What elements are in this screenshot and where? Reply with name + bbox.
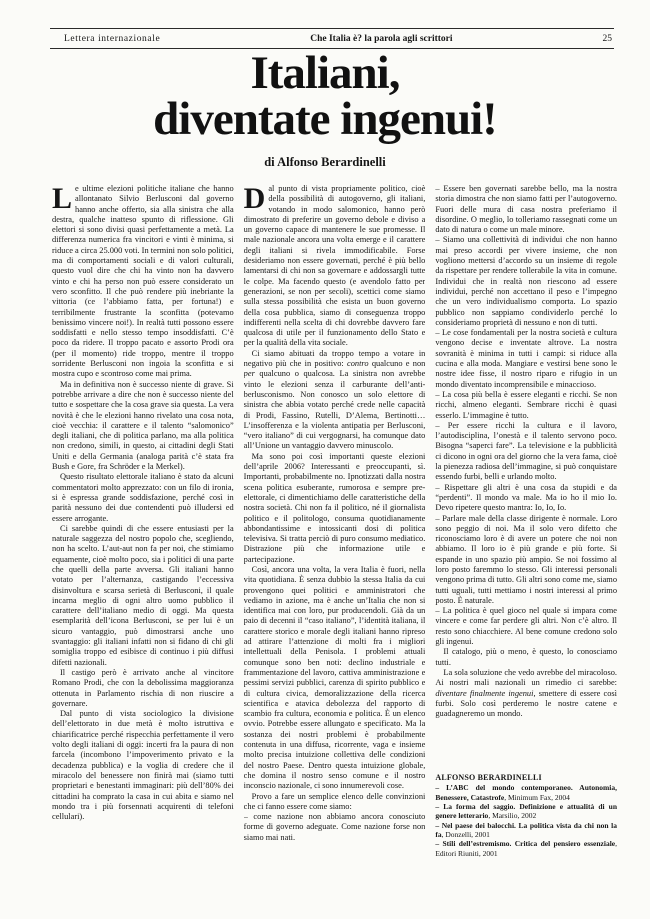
journal-name: Lettera internazionale [64, 34, 160, 44]
list-item: – come nazione non abbiamo ancora conosc… [244, 812, 426, 843]
emphasized-text: diventare finalmente ingenui [435, 689, 533, 698]
text-segment: Ci sarebbe quindi di che essere entusias… [52, 524, 234, 667]
text-segment: Questo risultato elettorale italiano è s… [52, 472, 234, 522]
drop-cap: L [52, 184, 75, 212]
page-frame: Lettera internazionale Che Italia è? la … [0, 0, 650, 919]
bibliography-entry: – Nel paese dei balocchi. La politica vi… [435, 821, 617, 840]
body-paragraph: La sola soluzione che vedo avrebbe del m… [435, 668, 617, 719]
article-body: Le ultime elezioni politiche italiane ch… [52, 184, 617, 911]
text-segment: Così, ancora una volta, la vera Italia è… [244, 565, 426, 790]
article-byline: di Alfonso Berardinelli [0, 155, 650, 170]
work-publisher: , Minimum Fax, 2004 [504, 793, 570, 802]
author-name: ALFONSO BERARDINELLI [435, 773, 617, 783]
text-segment: – Essere ben governati sarebbe bello, ma… [435, 184, 617, 234]
author-bio: ALFONSO BERARDINELLI– L’ABC del mondo co… [435, 773, 617, 857]
bibliography-entry: – La forma del saggio. Definizione e att… [435, 802, 617, 821]
bibliography-entry: – Stili dell’estremismo. Critica del pen… [435, 839, 617, 858]
body-paragraph: Il catalogo, più o meno, è questo, lo co… [435, 647, 617, 668]
article-column: – Essere ben governati sarebbe bello, ma… [435, 184, 617, 911]
text-segment: La sola soluzione che vedo avrebbe del m… [435, 668, 617, 687]
body-paragraph: Dal punto di vista sociologico la divisi… [52, 709, 234, 822]
page-number: 25 [603, 34, 613, 44]
text-segment: – Le cose fondamentali per la nostra soc… [435, 328, 617, 388]
drop-cap: D [244, 184, 269, 212]
list-item: – La cosa più bella è essere eleganti e … [435, 390, 617, 421]
article-column: Dal punto di vista propriamente politico… [244, 184, 426, 911]
emphasized-text: contro [347, 359, 369, 368]
body-paragraph: Così, ancora una volta, la vera Italia è… [244, 565, 426, 792]
text-segment: – Siamo una collettività di individui ch… [435, 235, 617, 326]
body-paragraph: Questo risultato elettorale italiano è s… [52, 472, 234, 523]
text-segment: Il castigo però è arrivato anche al vinc… [52, 668, 234, 708]
text-segment: – Per essere ricchi la cultura e il lavo… [435, 421, 617, 481]
body-paragraph: Ma in definitiva non è successo niente d… [52, 380, 234, 473]
magazine-page: { "header": { "journal": "Lettera intern… [0, 0, 650, 919]
text-segment: Dal punto di vista sociologico la divisi… [52, 709, 234, 821]
text-segment: qualcuno o qualcosa. La sinistra non avr… [244, 369, 426, 450]
body-paragraph: Ci sarebbe quindi di che essere entusias… [52, 524, 234, 668]
text-segment: qualcuno e non [369, 359, 426, 368]
body-paragraph: Le ultime elezioni politiche italiane ch… [52, 184, 234, 380]
body-paragraph: Dal punto di vista propriamente politico… [244, 184, 426, 349]
article-masthead: Italiani, diventate ingenui! di Alfonso … [0, 50, 650, 170]
text-segment: Ma sono poi così importanti queste elezi… [244, 452, 426, 564]
article-title-line1: Italiani, [0, 50, 650, 96]
list-item: – La politica è quel gioco nel quale si … [435, 606, 617, 647]
work-title: – Stili dell’estremismo. Critica del pen… [435, 839, 615, 848]
list-item: – Parlare male della classe dirigente è … [435, 514, 617, 607]
text-segment: – Rispettare gli altri è una cosa da stu… [435, 483, 617, 513]
text-segment: – Parlare male della classe dirigente è … [435, 514, 617, 605]
article-column: Le ultime elezioni politiche italiane ch… [52, 184, 234, 911]
section-title: Che Italia è? la parola agli scrittori [160, 34, 602, 44]
body-paragraph: Provo a fare un semplice elenco delle co… [244, 792, 426, 813]
work-publisher: , Marsilio, 2002 [488, 811, 536, 820]
text-segment: al punto di vista propriamente politico,… [244, 184, 426, 347]
text-segment: – come nazione non abbiamo ancora conosc… [244, 812, 426, 842]
text-segment: e ultime elezioni politiche italiane che… [52, 184, 234, 378]
body-paragraph: Il castigo però è arrivato anche al vinc… [52, 668, 234, 709]
running-header: Lettera internazionale Che Italia è? la … [50, 28, 614, 49]
body-paragraph: Ma sono poi così importanti queste elezi… [244, 452, 426, 565]
body-paragraph: Ci siamo abituati da troppo tempo a vota… [244, 349, 426, 452]
text-segment: Provo a fare un semplice elenco delle co… [244, 792, 426, 811]
list-item: – Le cose fondamentali per la nostra soc… [435, 328, 617, 390]
text-segment: Ma in definitiva non è successo niente d… [52, 380, 234, 471]
list-item: – Per essere ricchi la cultura e il lavo… [435, 421, 617, 483]
text-segment: Il catalogo, più o meno, è questo, lo co… [435, 647, 617, 666]
text-segment: – La politica è quel gioco nel quale si … [435, 606, 617, 646]
list-item: – Rispettare gli altri è una cosa da stu… [435, 483, 617, 514]
emphasized-text: per [244, 369, 255, 378]
list-item: – Essere ben governati sarebbe bello, ma… [435, 184, 617, 235]
article-title-line2: diventate ingenui! [0, 96, 650, 142]
list-item: – Siamo una collettività di individui ch… [435, 235, 617, 328]
text-segment: – La cosa più bella è essere eleganti e … [435, 390, 617, 420]
work-publisher: , Donzelli, 2001 [442, 830, 490, 839]
bibliography-entry: – L’ABC del mondo contemporaneo. Autonom… [435, 783, 617, 802]
